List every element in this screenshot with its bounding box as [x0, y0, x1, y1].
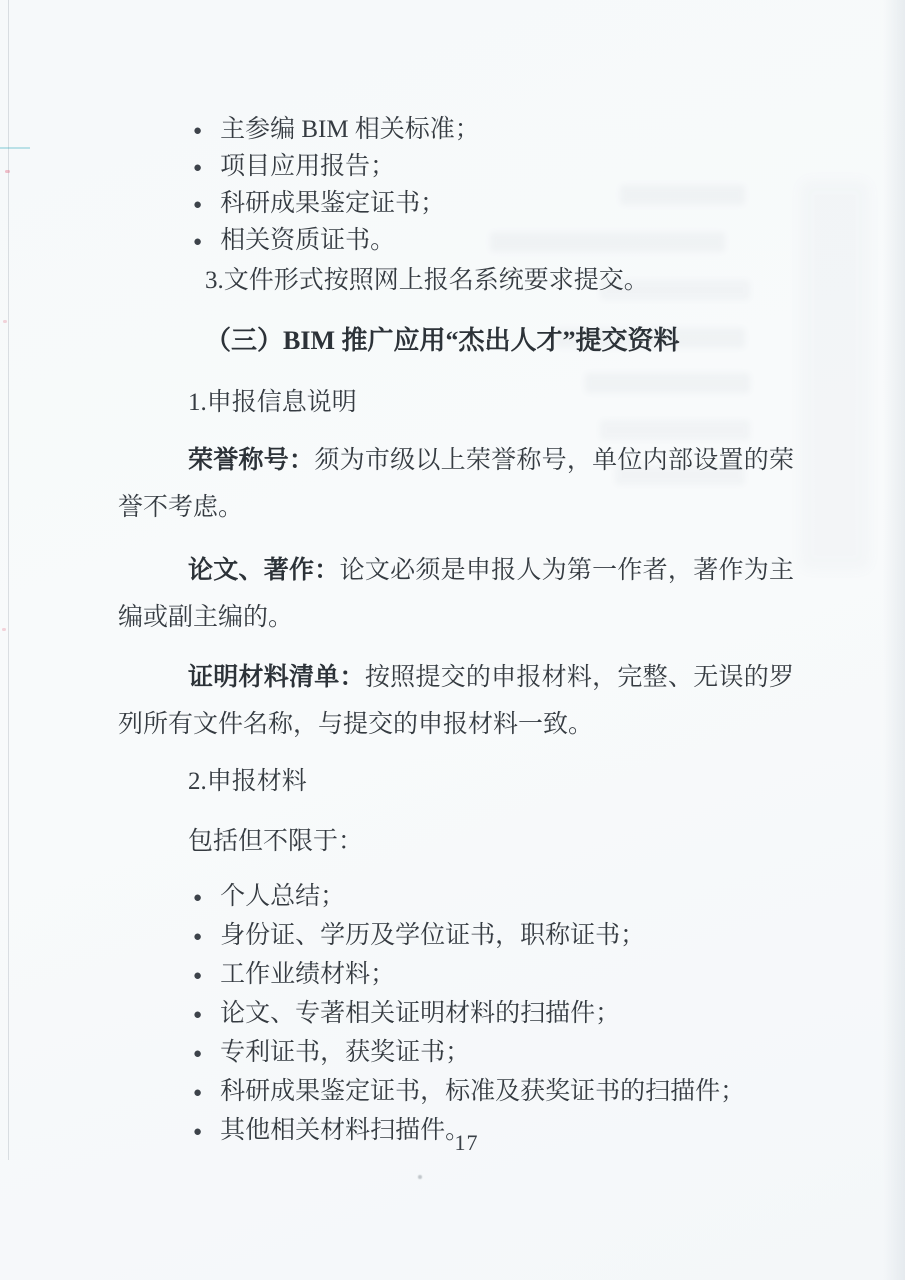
paragraph-evidence-list: 证明材料清单：按照提交的申报材料，完整、无误的罗列所有文件名称，与提交的申报材料… [118, 654, 794, 748]
submission-list-top: ●主参编 BIM 相关标准； ●项目应用报告； ●科研成果鉴定证书； ●相关资质… [118, 112, 794, 260]
bullet-icon: ● [193, 957, 202, 995]
materials-list: ●个人总结； ●身份证、学历及学位证书，职称证书； ●工作业绩材料； ●论文、专… [118, 878, 794, 1151]
page-right-edge-shadow [883, 0, 905, 1280]
bullet-icon: ● [193, 188, 202, 223]
scan-artifact-pink-speck [5, 170, 10, 173]
bullet-icon: ● [193, 1035, 202, 1073]
paragraph-lead: 论文、著作： [188, 557, 340, 584]
include-line: 包括但不限于： [118, 823, 794, 861]
list-item: ●论文、专著相关证明材料的扫描件； [118, 995, 794, 1034]
paragraph-papers: 论文、著作：论文必须是申报人为第一作者，著作为主编或副主编的。 [118, 547, 794, 641]
list-item-text: 项目应用报告； [220, 153, 395, 180]
section-heading: （三）BIM 推广应用“杰出人才”提交资料 [118, 321, 794, 361]
scan-artifact-dot [418, 1175, 422, 1179]
list-item-text: 科研成果鉴定证书； [220, 190, 445, 217]
list-item: ●项目应用报告； [118, 149, 794, 186]
paragraph-honor-title: 荣誉称号：须为市级以上荣誉称号，单位内部设置的荣誉不考虑。 [118, 437, 794, 531]
list-item-text: 相关资质证书。 [220, 227, 395, 254]
paragraph-lead: 荣誉称号： [188, 447, 314, 474]
list-item-text: 身份证、学历及学位证书，职称证书； [220, 922, 645, 949]
bullet-icon: ● [193, 1074, 202, 1112]
page-left-crease [8, 0, 9, 1160]
scan-artifact-pink-speck [2, 628, 6, 631]
list-item: ●相关资质证书。 [118, 223, 794, 260]
list-item: ●科研成果鉴定证书； [118, 186, 794, 223]
list-item-text: 工作业绩材料； [220, 961, 395, 988]
list-item: ●个人总结； [118, 878, 794, 917]
bleed-through-artifact [800, 180, 870, 570]
list-item-text: 专利证书，获奖证书； [220, 1039, 470, 1066]
list-item-text: 论文、专著相关证明材料的扫描件； [220, 1000, 620, 1027]
list-item: ●身份证、学历及学位证书，职称证书； [118, 917, 794, 956]
scan-artifact-pink-speck [3, 320, 7, 323]
document-content: ●主参编 BIM 相关标准； ●项目应用报告； ●科研成果鉴定证书； ●相关资质… [118, 110, 794, 1151]
bullet-icon: ● [193, 114, 202, 149]
list-item: ●科研成果鉴定证书，标准及获奖证书的扫描件； [118, 1073, 794, 1112]
list-item: ●主参编 BIM 相关标准； [118, 112, 794, 149]
list-item: ●专利证书，获奖证书； [118, 1034, 794, 1073]
subsection-2-title: 2.申报材料 [118, 763, 794, 801]
paragraph-lead: 证明材料清单： [188, 664, 365, 691]
list-item: ●工作业绩材料； [118, 956, 794, 995]
list-item-text: 主参编 BIM 相关标准； [220, 116, 480, 143]
bullet-icon: ● [193, 996, 202, 1034]
list-item-text: 科研成果鉴定证书，标准及获奖证书的扫描件； [220, 1078, 745, 1105]
page-number: 17 [0, 1130, 905, 1156]
bullet-icon: ● [193, 225, 202, 260]
document-page: ●主参编 BIM 相关标准； ●项目应用报告； ●科研成果鉴定证书； ●相关资质… [0, 0, 905, 1280]
scan-artifact-cyan-line [0, 147, 30, 149]
bullet-icon: ● [193, 151, 202, 186]
list-item-text: 个人总结； [220, 883, 345, 910]
bullet-icon: ● [193, 918, 202, 956]
bullet-icon: ● [193, 879, 202, 917]
subsection-1-title: 1.申报信息说明 [118, 384, 794, 422]
file-format-note: 3.文件形式按照网上报名系统要求提交。 [118, 263, 794, 299]
